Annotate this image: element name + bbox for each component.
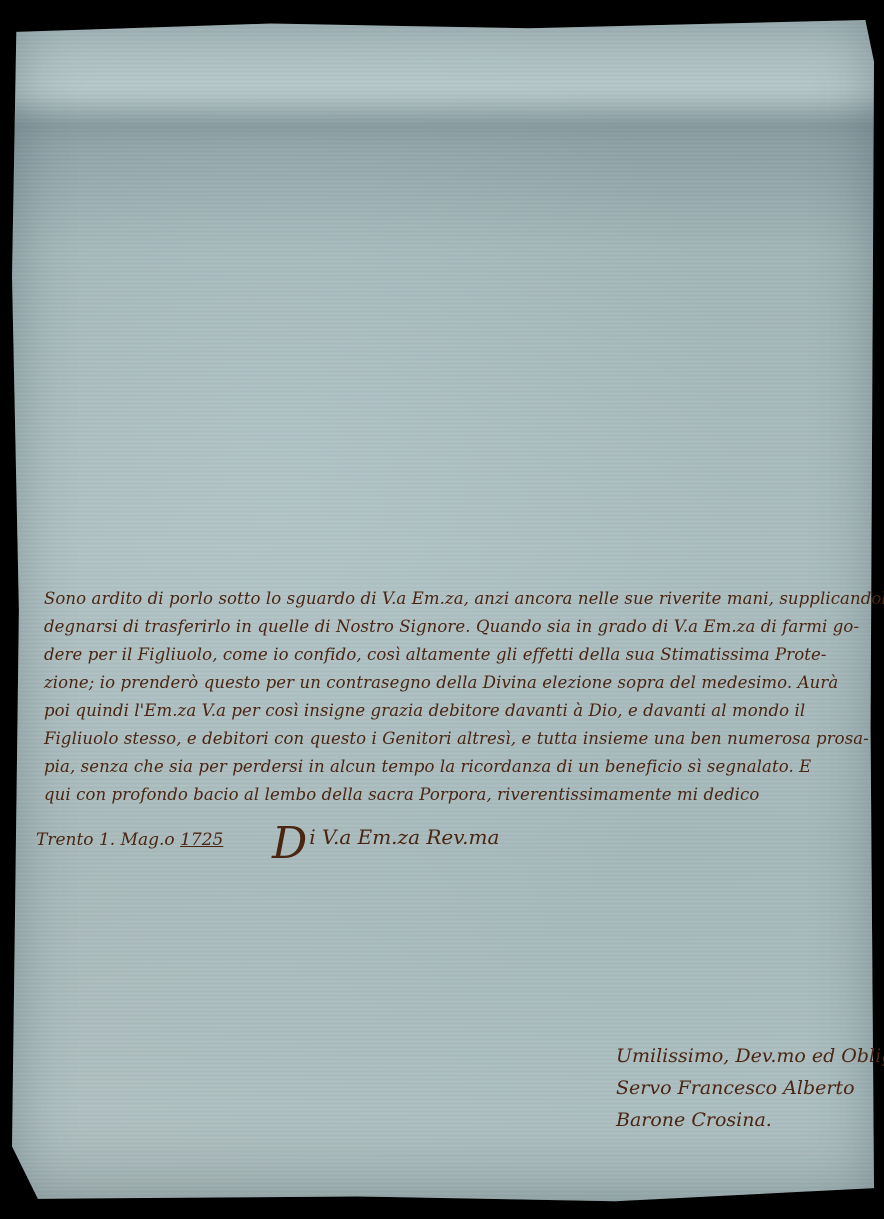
signature-line: Umilissimo, Dev.mo ed Oblig.mo — [616, 1040, 876, 1072]
scan-background: illegible faded address text near top fo… — [0, 0, 884, 1219]
year: 1725 — [180, 830, 223, 850]
signature-line: Barone Crosina. — [616, 1104, 876, 1136]
body-line: degnarsi di trasferirlo in quelle di Nos… — [44, 613, 874, 641]
salutation: Di V.a Em.za Rev.ma — [272, 818, 499, 869]
paper-fold — [12, 96, 874, 156]
salutation-text: i V.a Em.za Rev.ma — [309, 825, 499, 849]
letter-body: Sono ardito di porlo sotto lo sguardo di… — [44, 585, 874, 809]
place-date: Trento 1. Mag.o 1725 — [36, 830, 223, 850]
body-line: pia, senza che sia per perdersi in alcun… — [44, 753, 874, 781]
body-line: zione; io prenderò questo per un contras… — [44, 669, 874, 697]
body-line: Sono ardito di porlo sotto lo sguardo di… — [44, 585, 874, 613]
place: Trento — [36, 830, 94, 850]
faded-address-text: illegible faded address text near top fo… — [210, 68, 730, 84]
day: 1. — [99, 830, 115, 850]
letter-closing: Trento 1. Mag.o 1725 Di V.a Em.za Rev.ma — [36, 818, 556, 878]
body-line: dere per il Figliuolo, come io confido, … — [44, 641, 874, 669]
signature-line: Servo Francesco Alberto — [616, 1072, 876, 1104]
body-line: poi quindi l'Em.za V.a per così insigne … — [44, 697, 874, 725]
month: Mag.o — [121, 830, 175, 850]
body-line: qui con profondo bacio al lembo della sa… — [44, 781, 874, 809]
signature-block: Umilissimo, Dev.mo ed Oblig.mo Servo Fra… — [616, 1040, 876, 1136]
body-line: Figliuolo stesso, e debitori con questo … — [44, 725, 874, 753]
salutation-initial: D — [272, 818, 307, 869]
